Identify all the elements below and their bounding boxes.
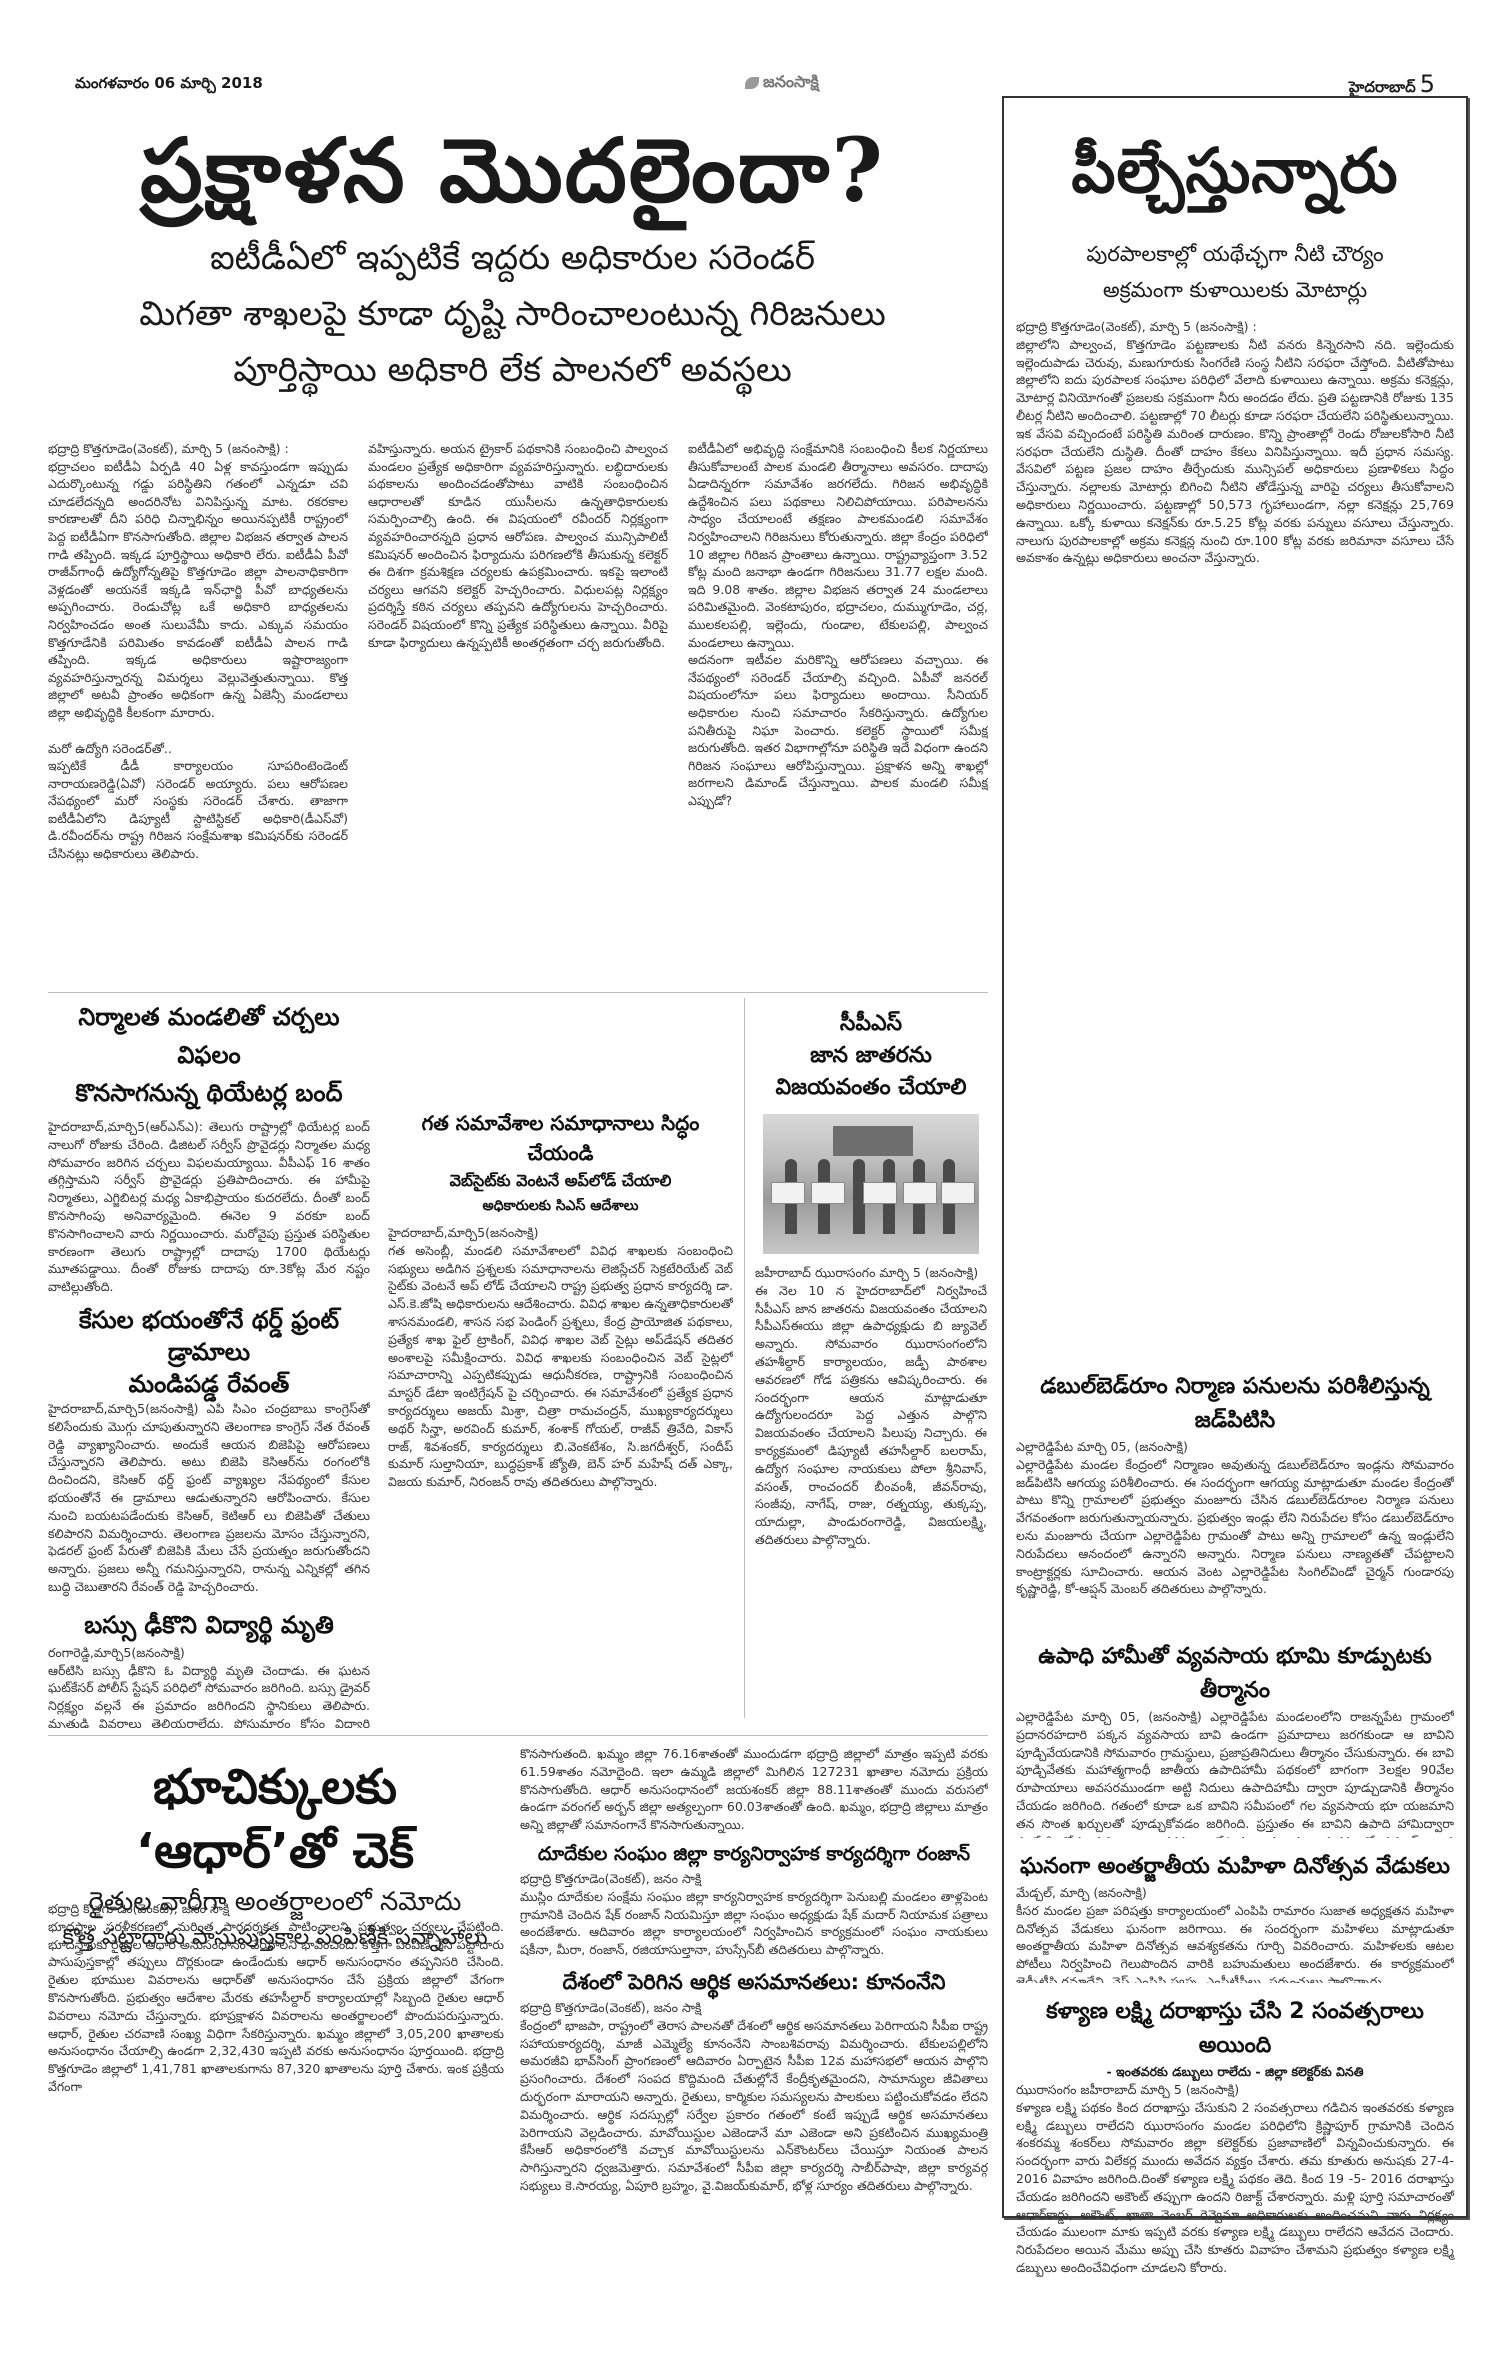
section-divider [48,992,988,993]
womens-day-story: ఘనంగా అంతర్జాతీయ మహిళా దినోత్సవ వేడుకలు … [1016,1838,1454,1983]
right-headline: పీల్చేస్తున్నారు [1016,106,1454,236]
womens-day-text: కీసర మండల ప్రజా పరిషత్తు కార్యాలయంలో ఎంప… [1016,1902,1454,1983]
upadhi-text: ఎల్లారెడ్డిపేట మార్చి 05, (జనంసాక్షి) ఎల… [1016,1708,1454,1838]
photo-doorway [833,1126,913,1156]
lead-subsection-title: మరో ఉద్యోగి సరెండర్‌తో.. [48,740,348,758]
upadhi-body: ఎల్లారెడ్డిపేట మండలంలోని రాజన్నపేట గ్రామ… [1016,1709,1454,1838]
lead-subsection-text: ఇప్పటికే డీడీ కార్యాలయం సూపరింటెండెంట్ న… [48,757,348,863]
photo-banner [771,1182,805,1204]
column-divider [744,998,745,1718]
lead-column-2-text: వహిస్తున్నారు. అయన ట్రైకార్ పథకానికి సంబ… [368,440,668,651]
right-text: జిల్లాలోని పాల్వంచ, కొత్తగూడెం పట్టణాలకు… [1016,336,1454,567]
kunamneni-dateline: భద్రాద్రి కొత్తగూడెం(వెంకట్), జనం సాక్షి [520,1999,988,2017]
right-column-box: పీల్చేస్తున్నారు పురపాలకాల్లో యథేచ్ఛగా న… [1002,96,1468,2218]
photo-banner [811,1182,845,1204]
cps-headline-2: జాన జాతరను [755,1040,987,1072]
kalyana-lakshmi-kicker: - ఇంతవరకు డబ్బులు రాలేదు - జిల్లా కలెక్ట… [1016,2063,1454,2081]
upadhi-dateline: ఎల్లారెడ్డిపేట మార్చి 05, (జనంసాక్షి) [1016,1709,1202,1724]
cps-photo [763,1114,979,1254]
kalyana-lakshmi-text: కళ్యాణ లక్ష్మి పథకం కింద దరాఖాస్తు చేసుక… [1016,2099,1454,2277]
lead-column-3-text-cont: అదనంగా ఇటీవల మరికొన్ని ఆరోపణలు వచ్చాయి. … [688,651,988,809]
ranjan-headline: దూదేకుల సంఘం జిల్లా కార్యనిర్వాహక కార్యద… [520,1838,988,1870]
logo-text: జనంసాక్షి [763,72,819,91]
lead-column-2: వహిస్తున్నారు. అయన ట్రైకార్ పథకానికి సంబ… [368,440,668,985]
lead-column-3-text: ఐటీడీఏలో అభివృద్ధి సంక్షేమానికి సంబంధించ… [688,440,988,651]
cps-headline-1: సీపీఎస్ [755,1008,987,1040]
section-divider [48,1735,988,1736]
aadhaar-text: భూదస్త్రాల సరళీకరణలో మరింత పారదర్శకత పాట… [48,1918,504,2096]
lead-subhead-3: పూర్తిస్థాయి అధికారి లేక పాలనలో అవస్థలు [35,342,990,398]
lead-story-body: భద్రాద్రి కొత్తగూడెం(వెంకట్), మార్చి 5 (… [48,440,988,985]
cps-dateline: జహీరాబాద్ ఝురాసంగం మార్చి 5 (జనంసాక్షి) [755,1264,987,1282]
ranjan-text: ముస్లిం దూదేకుల సంక్షేమ సంఘం జిల్లా కార్… [520,1888,988,1959]
double-bedroom-text: ఎల్లారెడ్డిపేట మండల కేంద్రంలో నిర్మాణం అ… [1016,1456,1454,1598]
right-dateline: భద్రాద్రి కొత్తగూడెం(వెంకట్), మార్చి 5 (… [1016,318,1454,336]
lead-dateline: భద్రాద్రి కొత్తగూడెం(వెంకట్), మార్చి 5 (… [48,440,348,458]
revanth-text: హైదరాబాద్,మార్చి5(జనంసాక్షి) ఎపి సిఎం చం… [48,1400,370,1596]
edition-city: హైదరాబాద్ [1349,78,1416,96]
ranjan-dateline: భద్రాద్రి కొత్తగూడెం(వెంకట్), జనం సాక్షి [520,1870,988,1888]
bus-text: ఆర్‌టిసి బస్సు ఢీకొని ఓ విద్యార్థి మృతి … [48,1662,370,1728]
photo-banner [863,1182,897,1204]
kalyana-lakshmi-headline: కళ్యాణ లక్ష్మి దరాఖాస్తు చేసి 2 సంవత్సరా… [1016,1995,1454,2063]
right-subhead-1: పురపాలకాల్లో యథేచ్ఛగా నీటి చౌర్యం [1016,236,1454,272]
cs-dateline: హైదరాబాద్,మార్చి5(జనంసాక్షి) [388,1224,733,1242]
lead-story: ప్రక్షాళన మొదలైందా? ఐటీడీఏలో ఇప్పటికే ఇద… [35,100,990,398]
lead-subhead-1: ఐటీడీఏలో ఇప్పటికే ఇద్దరు అధికారుల సరెండర… [35,230,990,286]
photo-banner [903,1182,937,1204]
upadhi-headline: ఉపాధి హామీతో వ్యవసాయ భూమి కూడ్పుటకు తీర్… [1016,1640,1454,1708]
lead-headline: ప్రక్షాళన మొదలైందా? [35,110,990,230]
newspaper-page: మంగళవారం 06 మార్చి 2018 జనంసాక్షి హైదరాబ… [0,0,1500,2357]
revanth-headline-2: మండిపడ్డ రేవంత్ [48,1368,370,1400]
kalyana-lakshmi-dateline: ఝురాసంగం జహీరాబాద్ మార్చి 5 (జనంసాక్షి) [1016,2081,1454,2099]
double-bedroom-dateline: ఎల్లారెడ్డిపేట మార్చి 05, (జనంసాక్షి) [1016,1438,1454,1456]
right-subhead-2: అక్రమంగా కుళాయిలకు మోటార్లు [1016,272,1454,308]
water-theft-story: భద్రాద్రి కొత్తగూడెం(వెంకట్), మార్చి 5 (… [1016,318,1454,1358]
page-number: 5 [1420,70,1435,98]
lead-subhead-2: మిగతా శాఖలపై కూడా దృష్టి సారించాలంటున్న … [35,286,990,342]
aadhaar-body: భద్రాద్రి కొత్తగూడెం(వెంకట్), జనం సాక్షి… [48,1900,504,2300]
bus-headline: బస్సు ఢీకొని విద్యార్థి మృతి [48,1606,370,1644]
upadhi-story: ఉపాధి హామీతో వ్యవసాయ భూమి కూడ్పుటకు తీర్… [1016,1628,1454,1838]
middle-center-column: గత సమావేశాల సమాధానాలు సిద్ధం చేయండి వెబ్… [388,998,733,1728]
bus-dateline: రంగారెడ్డి,మార్చి5(జనంసాక్షి) [48,1644,370,1662]
bottom-right-stories: కొనసాగుతంది. ఖమ్మం జిల్లా 76.16శాతంతో ము… [520,1745,988,2305]
photo-banner [941,1182,975,1204]
double-bedroom-headline: డబుల్‌బెడ్‌రూం నిర్మాణ పనులను పరిశీలిస్త… [1016,1370,1454,1438]
revanth-headline-1: కేసుల భయంతోనే థర్డ్ ఫ్రంట్ డ్రామాలు [48,1304,370,1368]
womens-day-headline: ఘనంగా అంతర్జాతీయ మహిళా దినోత్సవ వేడుకలు [1016,1850,1454,1884]
theatre-text: హైదరాబాద్,మార్చి5(ఆర్‌ఎన్‌ఎ): తెలుగు రాష… [48,1118,370,1296]
theatre-headline-2: కొనసాగనున్న థియేటర్ల బంద్ [48,1074,370,1112]
kunamneni-headline: దేశంలో పెరిగిన ఆర్థిక అసమానతలు: కూనంనేని [520,1965,988,1999]
lead-column-3: ఐటీడీఏలో అభివృద్ధి సంక్షేమానికి సంబంధించ… [688,440,988,985]
cs-subhead-2: అధికారులకు సిఎస్ ఆదేశాలు [388,1194,733,1218]
cps-story: సీపీఎస్ జాన జాతరను విజయవంతం చేయాలి జహీరా… [755,1000,987,1720]
middle-left-column: నిర్మాలత మండలితో చర్చలు విఫలం కొనసాగనున్… [48,998,370,1728]
aadhaar-dateline: భద్రాద్రి కొత్తగూడెం(వెంకట్), జనం సాక్షి [48,1900,504,1918]
cps-headline-3: విజయవంతం చేయాలి [755,1072,987,1104]
theatre-headline-1: నిర్మాలత మండలితో చర్చలు విఫలం [48,998,370,1074]
kunamneni-text: కేంద్రంలో భాజపా, రాష్ట్రంలో తెరాస పాలనతో… [520,2017,988,2195]
newspaper-logo: జనంసాక్షి [745,72,819,95]
cs-text: గత అసెంబ్లీ, మండలి సమావేశాలలో వివిధ శాఖల… [388,1242,733,1491]
aadhaar-text-continued: కొనసాగుతంది. ఖమ్మం జిల్లా 76.16శాతంతో ము… [520,1745,988,1834]
cs-subhead-1: వెబ్‌సైట్‌కు వెంటనే అప్‌లోడ్ చేయాలి [388,1168,733,1194]
lead-column-1: భద్రాద్రి కొత్తగూడెం(వెంకట్), మార్చి 5 (… [48,440,348,985]
leaf-icon [745,77,759,89]
issue-date: మంగళవారం 06 మార్చి 2018 [75,74,263,96]
cps-text: ఈ నెల 10 న హైదరాబాద్‌లో నిర్వహించే సీపీఎ… [755,1282,987,1549]
double-bedroom-story: డబుల్‌బెడ్‌రూం నిర్మాణ పనులను పరిశీలిస్త… [1016,1358,1454,1628]
kalyana-lakshmi-story: కళ్యాణ లక్ష్మి దరాఖాస్తు చేసి 2 సంవత్సరా… [1016,1995,1454,2277]
aadhaar-headline: భూచిక్కులకు ‘ఆధార్’తో చెక్ [45,1755,505,1883]
womens-day-dateline: మేడ్చల్, మార్చి (జనంసాక్షి) [1016,1884,1454,1902]
cs-headline: గత సమావేశాల సమాధానాలు సిద్ధం చేయండి [388,1108,733,1168]
lead-column-1-text: భద్రాచలం ఐటీడీఏ ఏర్పడి 40 ఏళ్ల కావస్తుండ… [48,458,348,722]
